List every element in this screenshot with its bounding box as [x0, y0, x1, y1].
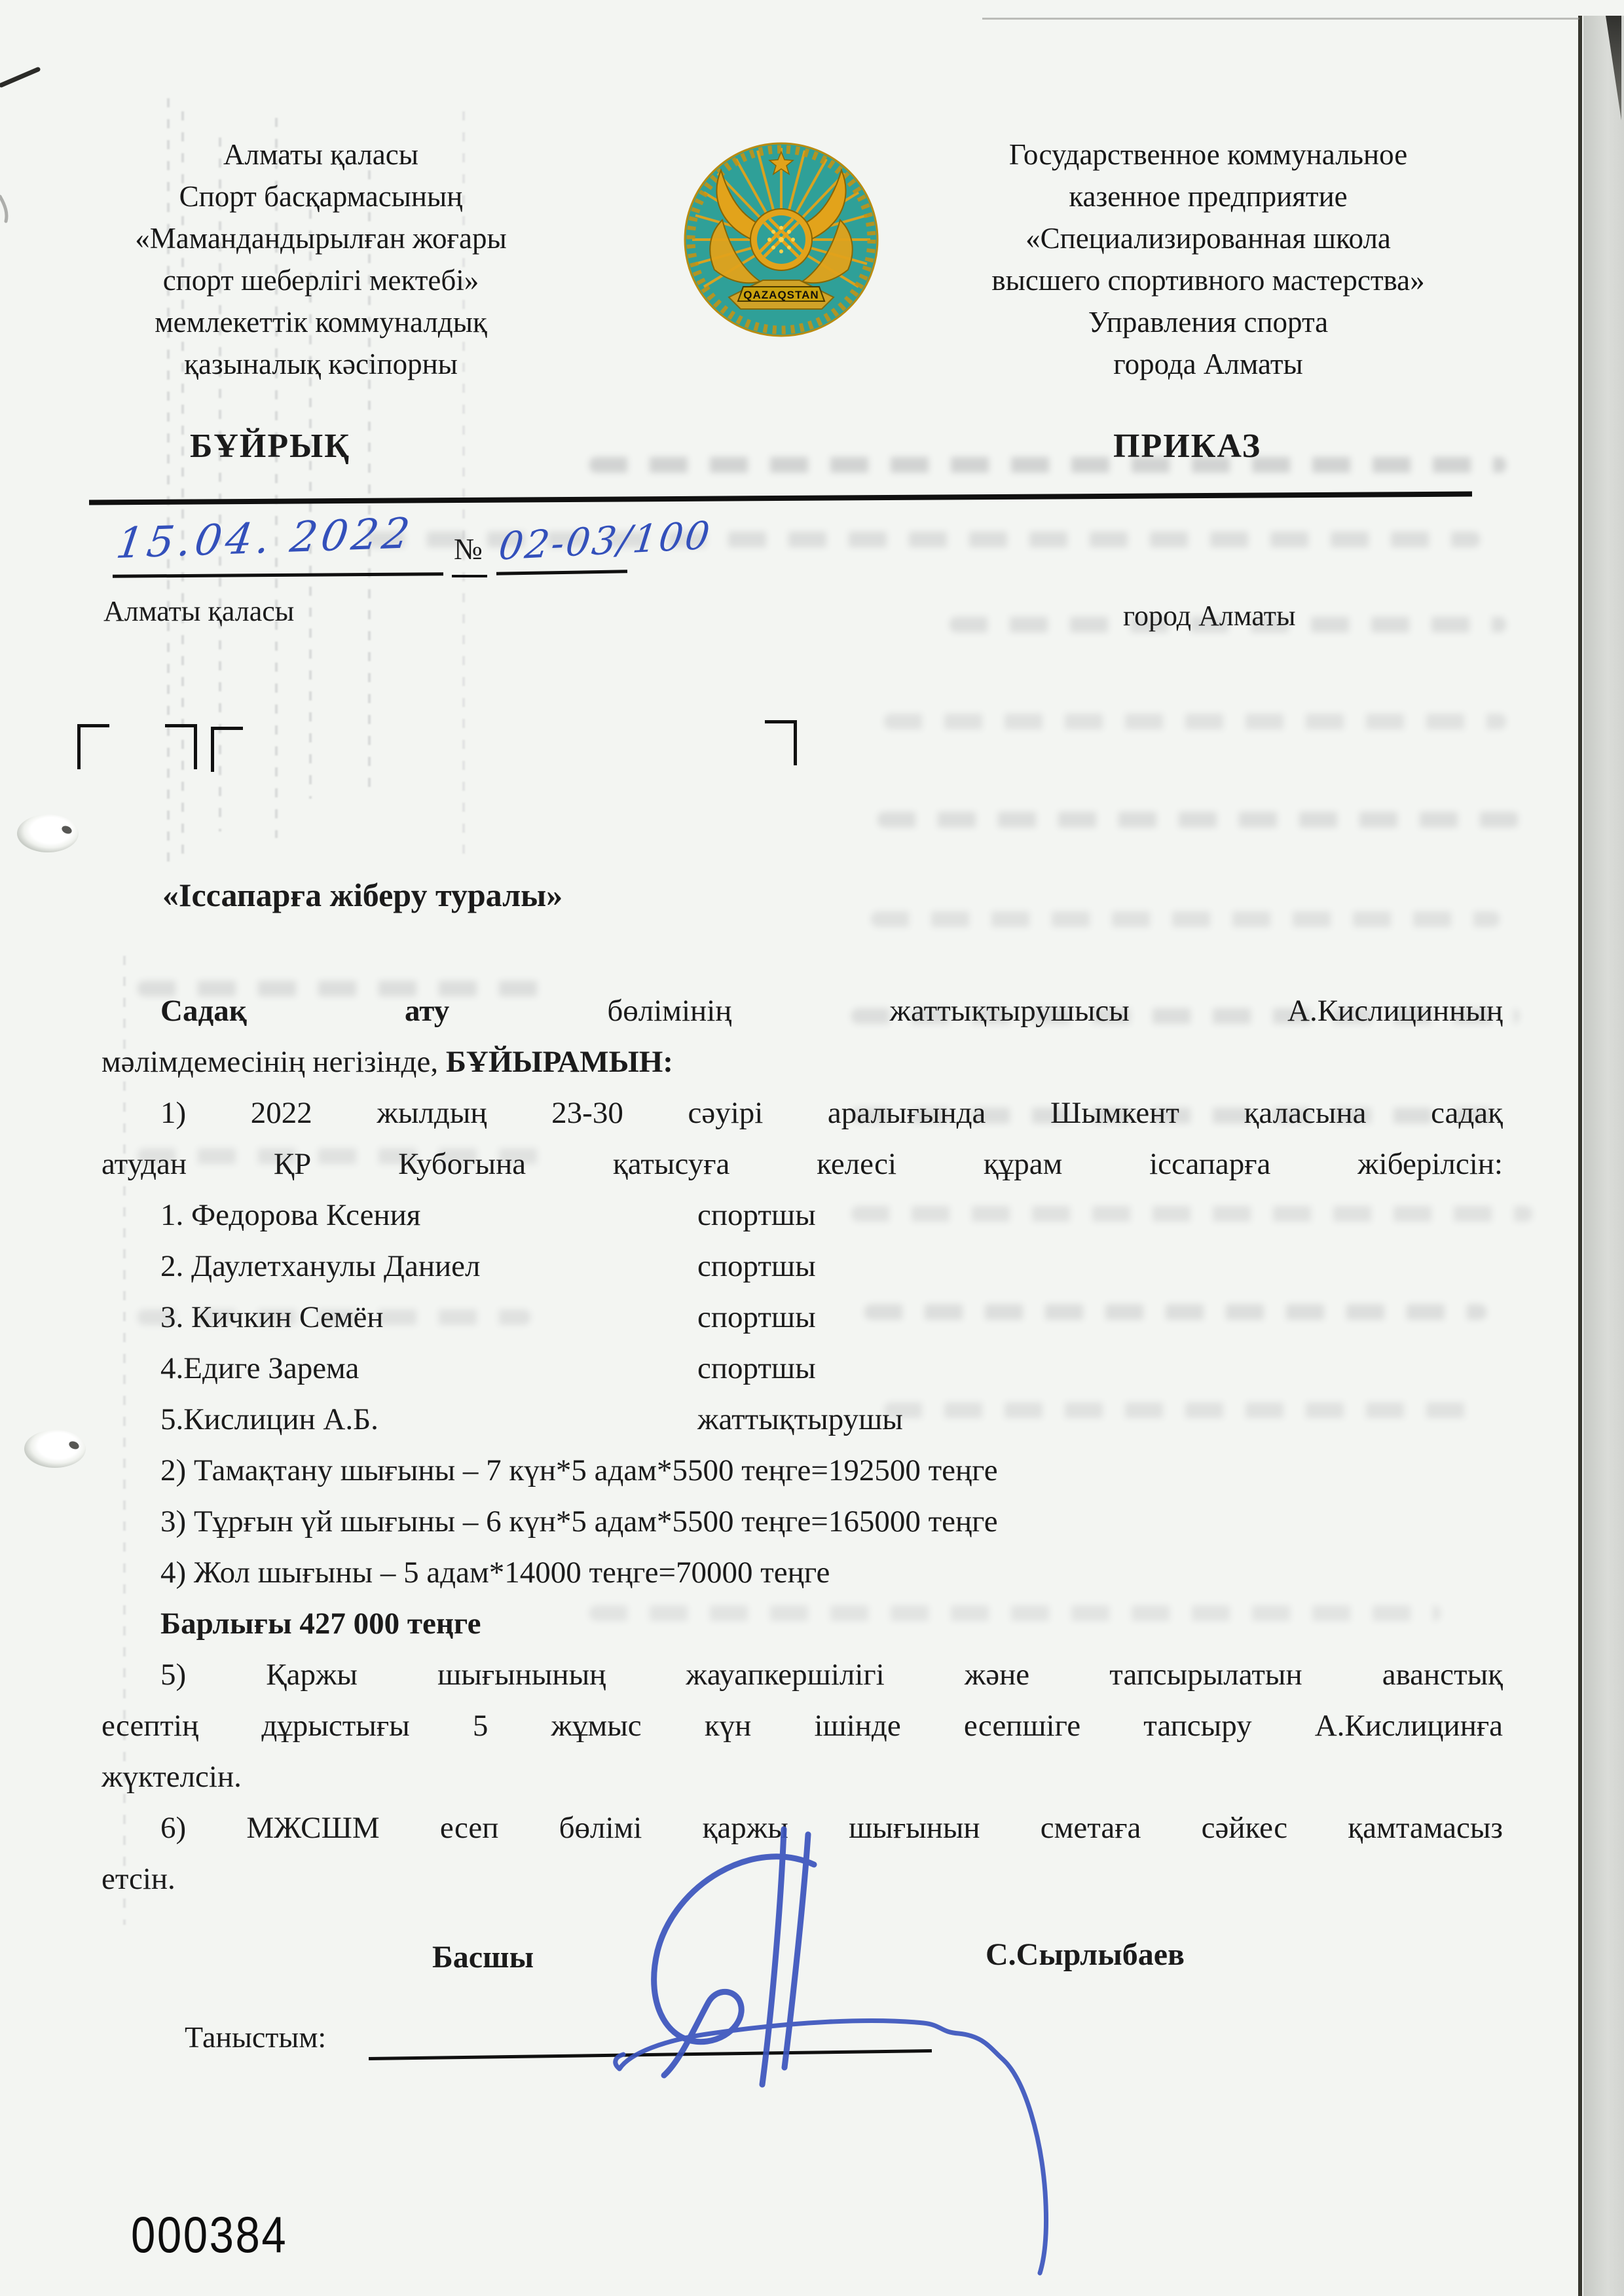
- body-word: жаттықтырушысы: [890, 992, 1130, 1030]
- paragraph-1-line-2: мәлімдемесінің негізінде, БҰЙЫРАМЫН:: [101, 1043, 673, 1081]
- expense-line: 4) Жол шығыны – 5 адам*14000 теңге=70000…: [160, 1554, 830, 1592]
- team-member-role: спортшы: [697, 1247, 816, 1285]
- paragraph-6-line-1: 6) МЖСШМ есеп бөлімі қаржы шығынын смета…: [160, 1809, 1503, 1847]
- corner-mark-icon: [165, 724, 197, 769]
- scan-right-background: [1583, 16, 1624, 2296]
- corner-mark-icon: [765, 720, 797, 765]
- number-sign-underline: [452, 575, 487, 577]
- expenses-total: Барлығы 427 000 теңге: [160, 1605, 481, 1643]
- org-kk-line: Алматы қаласы: [108, 134, 534, 175]
- order-verb: БҰЙЫРАМЫН:: [446, 1045, 673, 1079]
- team-member-name: 2. Даулетханулы Даниел: [160, 1247, 480, 1285]
- org-ru-line: высшего спортивного мастерства»: [936, 259, 1480, 301]
- paragraph-2-line-2: атудан ҚР Кубогына қатысуға келесі құрам…: [101, 1145, 1503, 1183]
- acknowledgement-label: Таныстым:: [185, 2020, 326, 2054]
- doc-type-russian: ПРИКАЗ: [1113, 427, 1261, 465]
- punch-hole-shadow: [67, 1440, 80, 1451]
- org-kk-line: Спорт басқармасының: [108, 175, 534, 217]
- paragraph-6-line-2: етсін.: [101, 1860, 175, 1898]
- header-rule: [89, 492, 1472, 505]
- org-kk-line: «Мамандандырылған жоғары: [108, 217, 534, 259]
- signatory-name: С.Сырлыбаев: [986, 1937, 1185, 1973]
- body-word: ату: [405, 992, 449, 1030]
- number-sign: №: [454, 532, 483, 566]
- org-ru-line: «Специализированная школа: [936, 217, 1480, 259]
- team-member-name: 3. Кичкин Семён: [160, 1298, 384, 1336]
- team-member-role: жаттықтырушы: [697, 1400, 903, 1438]
- team-member-role: спортшы: [697, 1349, 816, 1387]
- paragraph-5-line-1: 5) Қаржы шығынының жауапкершілігі және т…: [160, 1656, 1503, 1694]
- emblem-banner-text: QAZAQSTAN: [743, 289, 819, 301]
- corner-mark-icon: [211, 727, 243, 772]
- bleed-through: [851, 1206, 1532, 1222]
- team-member-name: 5.Кислицин А.Б.: [160, 1400, 378, 1438]
- org-name-russian: Государственное коммунальное казенное пр…: [936, 134, 1480, 385]
- paragraph-1-line-1: Садақ ату бөлімінің жаттықтырушысы А.Кис…: [160, 992, 1503, 1030]
- org-ru-line: города Алматы: [936, 343, 1480, 385]
- org-ru-line: казенное предприятие: [936, 175, 1480, 217]
- number-underline: [496, 570, 627, 575]
- handwritten-date: 15.04. 2022: [113, 509, 416, 568]
- corner-mark-icon: [77, 724, 109, 769]
- paragraph-2-line-1: 1) 2022 жылдың 23-30 сәуірі аралығында Ш…: [160, 1094, 1503, 1132]
- org-kk-line: қазыналық кәсіпорны: [108, 343, 534, 385]
- body-word: Садақ: [160, 992, 247, 1030]
- date-underline: [113, 572, 443, 578]
- bleed-through: [864, 1304, 1486, 1320]
- scan-page-edge: [1578, 16, 1582, 2296]
- bleed-through: [871, 911, 1500, 927]
- punch-hole-shadow: [60, 824, 73, 835]
- serial-number: 000384: [131, 2205, 287, 2265]
- doc-type-kazakh: БҰЙРЫҚ: [190, 427, 350, 465]
- bleed-through: [884, 1402, 1473, 1418]
- expense-line: 2) Тамақтану шығыны – 7 күн*5 адам*5500 …: [160, 1451, 998, 1489]
- place-russian: город Алматы: [1123, 599, 1296, 632]
- org-ru-line: Управления спорта: [936, 301, 1480, 343]
- punch-hole: [17, 814, 79, 852]
- team-member-name: 1. Федорова Ксения: [160, 1196, 420, 1234]
- bleed-through: [877, 812, 1519, 828]
- document-title: «Іссапарға жіберу туралы»: [162, 876, 563, 914]
- scanned-order-document: Алматы қаласы Спорт басқармасының «Маман…: [0, 0, 1624, 2296]
- org-kk-line: спорт шеберлігі мектебі»: [108, 259, 534, 301]
- bleed-through: [589, 457, 1506, 473]
- body-word: А.Кислицинның: [1287, 992, 1503, 1030]
- punch-hole: [24, 1430, 86, 1468]
- team-member-name: 4.Едиге Зарема: [160, 1349, 359, 1387]
- bleed-through: [589, 1605, 1441, 1621]
- expense-line: 3) Тұрғын үй шығыны – 6 күн*5 адам*5500 …: [160, 1503, 998, 1540]
- org-kk-line: мемлекеттік коммуналдық: [108, 301, 534, 343]
- paragraph-5-line-3: жүктелсін.: [101, 1758, 242, 1796]
- scan-top-edge-line: [982, 18, 1579, 20]
- bleed-through: [884, 714, 1506, 729]
- org-ru-line: Государственное коммунальное: [936, 134, 1480, 175]
- kazakhstan-emblem-icon: QAZAQSTAN: [683, 141, 879, 338]
- body-word: бөлімінің: [607, 992, 731, 1030]
- paragraph-text: мәлімдемесінің негізінде,: [101, 1045, 446, 1079]
- place-kazakh: Алматы қаласы: [103, 594, 294, 628]
- signatory-position: Басшы: [432, 1939, 534, 1975]
- team-member-role: спортшы: [697, 1196, 816, 1234]
- org-name-kazakh: Алматы қаласы Спорт басқармасының «Маман…: [108, 134, 534, 385]
- acknowledgement-line: [369, 2049, 932, 2060]
- paragraph-5-line-2: есептің дұрыстығы 5 жұмыс күн ішінде есе…: [101, 1707, 1503, 1745]
- team-member-role: спортшы: [697, 1298, 816, 1336]
- handwritten-number: 02-03/100: [496, 513, 714, 569]
